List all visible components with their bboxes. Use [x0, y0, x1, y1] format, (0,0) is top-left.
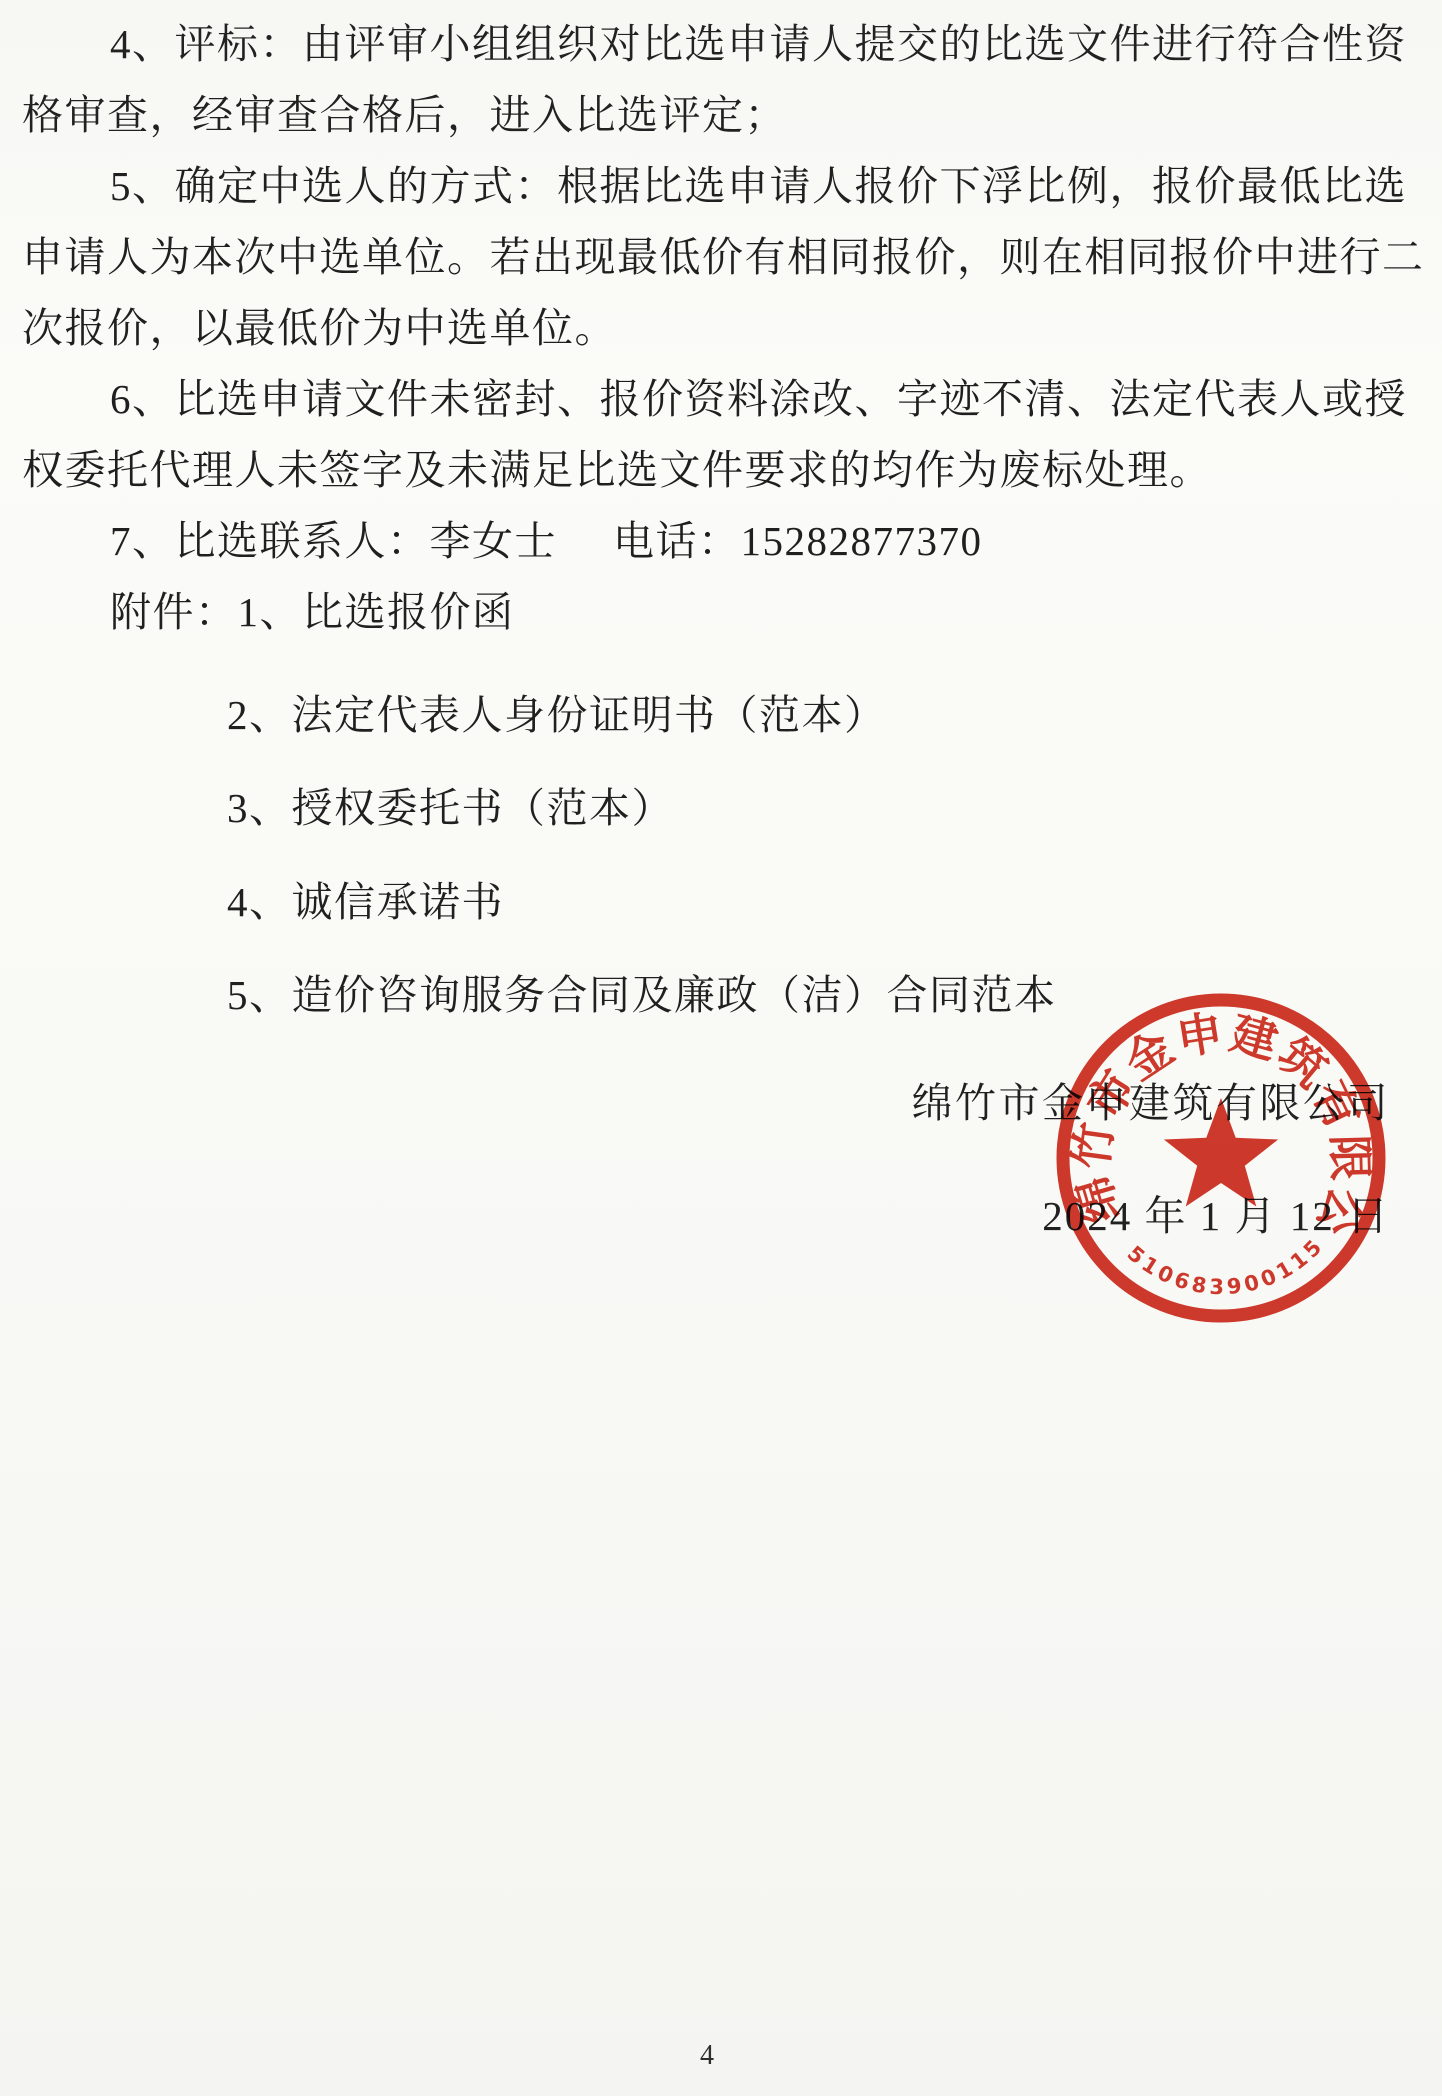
page-number: 4	[700, 2040, 714, 2072]
attachment-item: 3、授权委托书（范本）	[227, 773, 674, 844]
attachment-item: 1、比选报价函	[238, 589, 515, 635]
attachments-label: 附件：	[110, 589, 238, 635]
document-line: 申请人为本次中选单位。若出现最低价有相同报价，则在相同报价中进行二	[22, 222, 1424, 293]
document-line: 4、评标：由评审小组组织对比选申请人提交的比选文件进行符合性资	[22, 9, 1424, 80]
document-line: 5、确定中选人的方式：根据比选申请人报价下浮比例，报价最低比选	[22, 151, 1424, 222]
contact-phone-number: 15282877370	[741, 518, 983, 564]
attachments-line: 附件：1、比选报价函	[22, 577, 1424, 648]
document-page: 4、评标：由评审小组组织对比选申请人提交的比选文件进行符合性资 格审查，经审查合…	[0, 0, 1442, 2096]
svg-text:绵竹市金申建筑有限公司: 绵竹市金申建筑有限公司	[1046, 983, 1376, 1244]
document-line: 次报价，以最低价为中选单位。	[22, 293, 1424, 364]
company-seal-stamp: 绵竹市金申建筑有限公司 5106839001150	[1046, 983, 1396, 1333]
seal-graphic: 绵竹市金申建筑有限公司 5106839001150	[1046, 983, 1396, 1333]
contact-line: 7、比选联系人：李女士电话：15282877370	[22, 506, 1424, 577]
document-body: 4、评标：由评审小组组织对比选申请人提交的比选文件进行符合性资 格审查，经审查合…	[22, 9, 1424, 648]
attachment-item: 5、造价咨询服务合同及廉政（洁）合同范本	[227, 960, 1057, 1031]
contact-phone-label: 电话：	[613, 518, 741, 564]
attachment-item: 2、法定代表人身份证明书（范本）	[227, 680, 887, 751]
seal-company-text: 绵竹市金申建筑有限公司	[1046, 983, 1376, 1244]
document-line: 权委托代理人未签字及未满足比选文件要求的均作为废标处理。	[22, 435, 1424, 506]
document-line: 6、比选申请文件未密封、报价资料涂改、字迹不清、法定代表人或授	[22, 364, 1424, 435]
attachment-item: 4、诚信承诺书	[227, 867, 504, 938]
contact-person: 7、比选联系人：李女士	[110, 518, 557, 564]
document-line: 格审查，经审查合格后，进入比选评定；	[22, 80, 1424, 151]
seal-star-icon	[1164, 1098, 1278, 1207]
